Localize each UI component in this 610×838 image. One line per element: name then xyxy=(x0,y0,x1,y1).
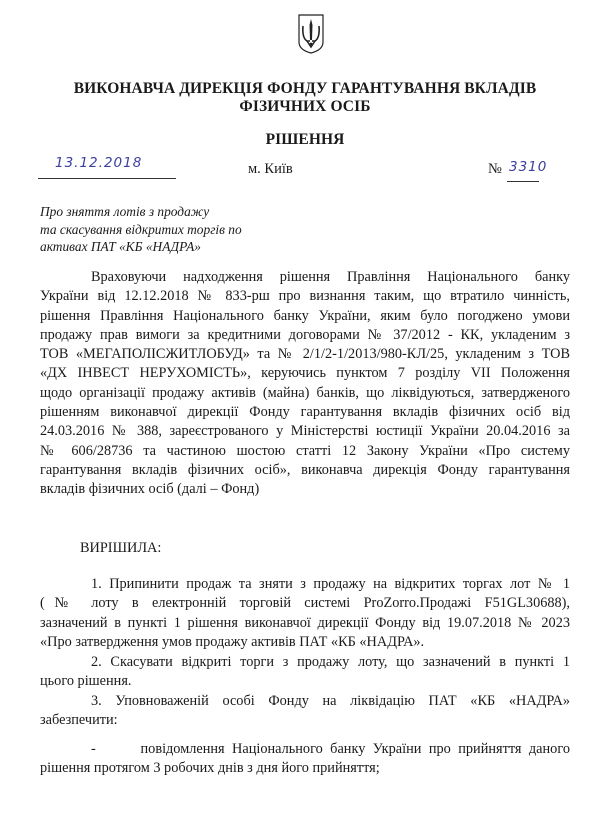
resolution-item-3: 3. Уповноваженій особі Фонду на ліквідац… xyxy=(40,692,570,731)
text-line: гарантування вкладів фізичних осіб», вик… xyxy=(40,461,570,480)
text-line: «ДХ ІНВЕСТ НЕРУХОМІСТЬ», керуючись пункт… xyxy=(40,364,570,383)
text-line: рішенням виконавчої дирекції Фонду гаран… xyxy=(40,403,570,422)
subject-block: Про зняття лотів з продажу та скасування… xyxy=(40,203,242,256)
text-line: вкладів фізичних осіб (далі – Фонд) xyxy=(40,480,570,499)
text-line: продажу прав вимоги за кредитними догово… xyxy=(40,326,570,345)
subject-line: активах ПАТ «КБ «НАДРА» xyxy=(40,238,242,256)
text-line: зазначений в пункті 1 рішення виконавчої… xyxy=(40,614,570,633)
bullet-text: повідомлення Національного банку України… xyxy=(141,741,570,757)
document-type: РІШЕННЯ xyxy=(0,131,610,149)
text-line: № 606/28736 та частиною шостою статті 12… xyxy=(40,442,570,461)
subject-line: Про зняття лотів з продажу xyxy=(40,203,242,221)
preamble-paragraph: Враховуючи надходження рішення Правління… xyxy=(40,268,570,500)
text-line: щодо організації продажу активів (майна)… xyxy=(40,384,570,403)
text-line: Враховуючи надходження рішення Правління… xyxy=(40,268,570,287)
handwritten-number: 3310 xyxy=(509,159,547,175)
text-line: рішення протягом 3 робочих днів з дня йо… xyxy=(40,759,570,778)
text-line: 3. Уповноваженій особі Фонду на ліквідац… xyxy=(40,692,570,711)
number-underline xyxy=(507,181,539,182)
text-line: 1. Припинити продаж та зняти з продажу н… xyxy=(40,575,570,594)
text-line: забезпечити: xyxy=(40,711,570,730)
text-line: 2. Скасувати відкриті торги з продажу ло… xyxy=(40,653,570,672)
org-title-line2: ФІЗИЧНИХ ОСІБ xyxy=(0,98,610,116)
subject-line: та скасування відкритих торгів по xyxy=(40,221,242,239)
org-title-line1: ВИКОНАВЧА ДИРЕКЦІЯ ФОНДУ ГАРАНТУВАННЯ ВК… xyxy=(0,80,610,98)
city: м. Київ xyxy=(248,161,293,178)
date-underline xyxy=(38,178,176,179)
text-line: цього рішення. xyxy=(40,672,570,691)
text-line: - повідомлення Національного банку Украї… xyxy=(40,740,570,759)
text-line: України від 12.12.2018 № 833-рш про визн… xyxy=(40,287,570,306)
number-label: № xyxy=(488,161,502,178)
resolved-label: ВИРІШИЛА: xyxy=(80,540,161,557)
text-line: «Про затвердження умов продажу активів П… xyxy=(40,633,570,652)
resolution-subitem: - повідомлення Національного банку Украї… xyxy=(40,740,570,779)
text-line: 24.03.2016 № 388, зареєстрованого у Міні… xyxy=(40,422,570,441)
resolution-item-2: 2. Скасувати відкриті торги з продажу ло… xyxy=(40,653,570,692)
text-line: рішення Правління Національного банку Ук… xyxy=(40,307,570,326)
text-line: (№ лоту в електронній торговій системі P… xyxy=(40,594,570,613)
handwritten-date: 13.12.2018 xyxy=(55,155,142,171)
resolution-item-1: 1. Припинити продаж та зняти з продажу н… xyxy=(40,575,570,652)
text-line: ТОВ «МЕГАПОЛІСЖИТЛОБУД» та № 2/1/2-1/201… xyxy=(40,345,570,364)
dash-bullet: - xyxy=(91,741,96,757)
ukraine-trident-emblem-icon xyxy=(298,14,324,54)
